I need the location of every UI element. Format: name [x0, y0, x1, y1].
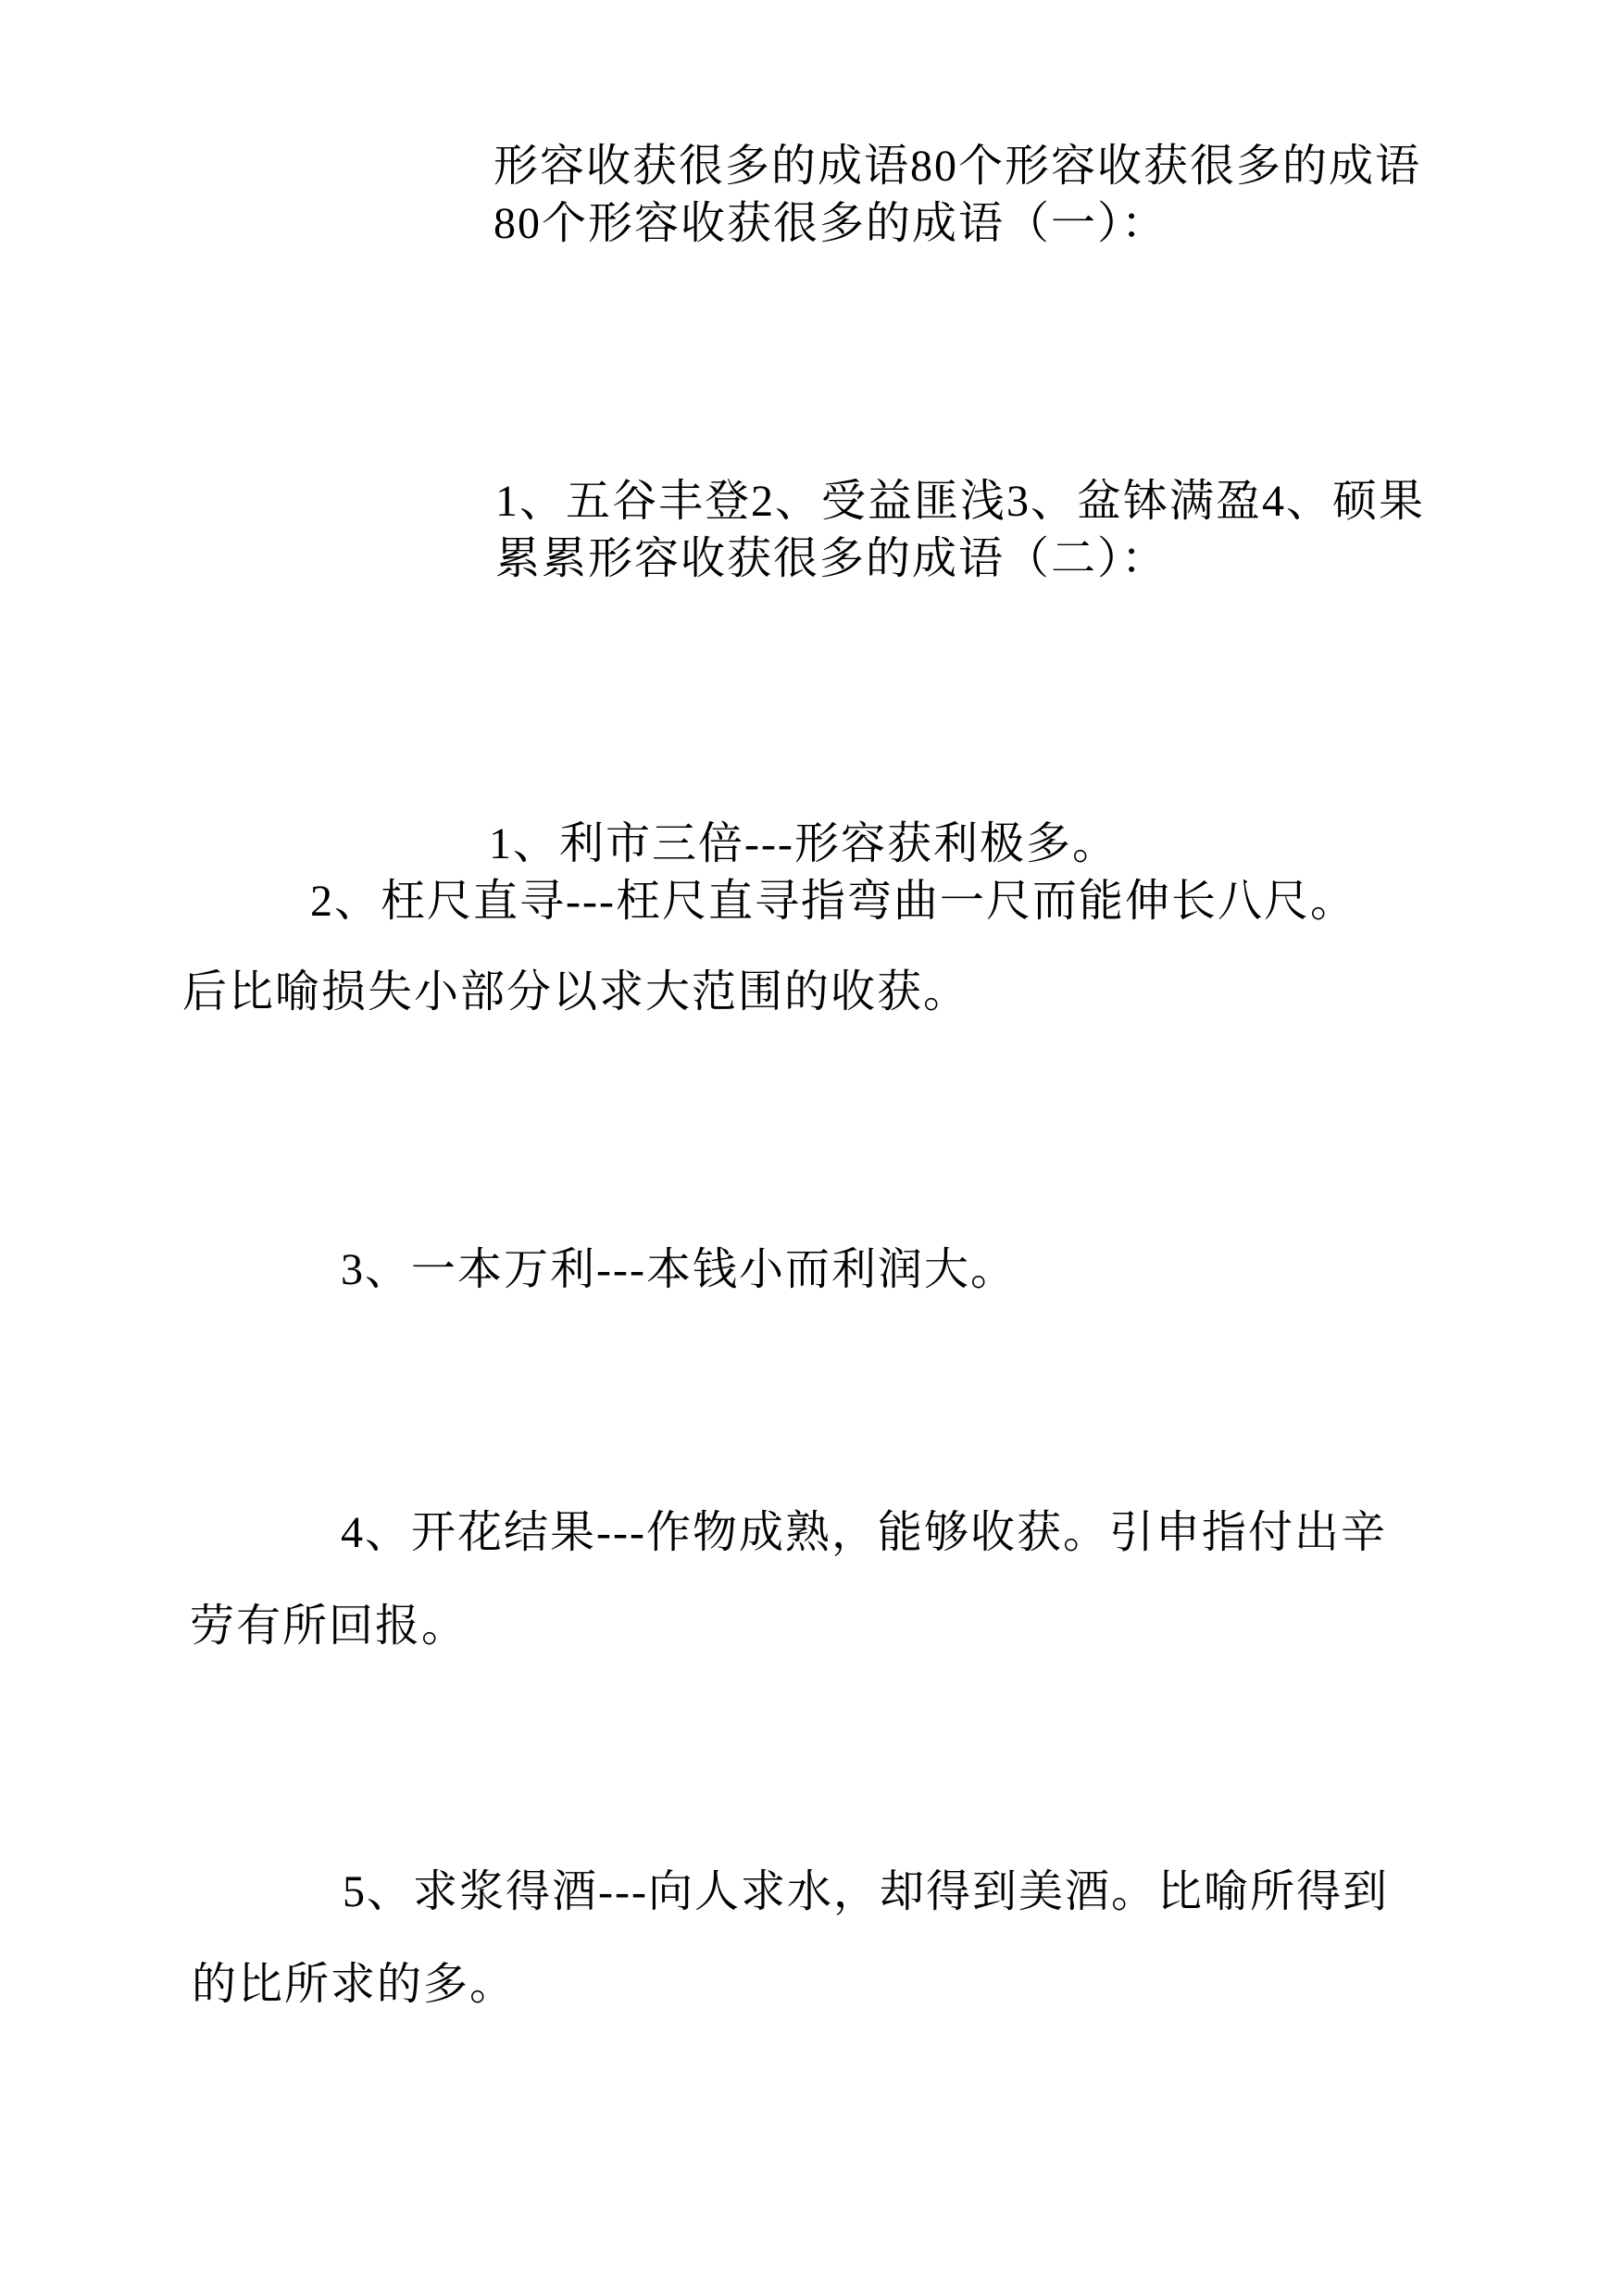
idiom-entry-5-line-2: 的比所求的多。 [192, 1961, 516, 2009]
idiom-entry-3-line-1: 3、一本万利---本钱小而利润大。 [341, 1246, 1017, 1294]
document-page: 形容收获很多的成语80个形容收获很多的成语 80个形容收获很多的成语（一）： 1… [0, 0, 1624, 2295]
idiom-entry-4-line-2: 劳有所回报。 [190, 1603, 468, 1651]
heading-line-2: 80个形容收获很多的成语（一）： [493, 200, 1168, 248]
group-one-line-2: 累累形容收获很多的成语（二）： [495, 535, 1168, 583]
idiom-entry-2-line-2: 后比喻损失小部分以求大范围的收获。 [182, 968, 969, 1017]
idiom-entry-4-line-1: 4、开花结果---作物成熟，能够收获。引申指付出辛 [341, 1509, 1387, 1557]
idiom-entry-5-line-1: 5、求浆得酒---向人求水，却得到美酒。比喻所得到 [343, 1868, 1389, 1916]
idiom-entry-1-line-1: 1、利市三倍---形容获利极多。 [489, 820, 1118, 868]
group-one-line-1: 1、五谷丰登2、受益匪浅3、盆钵满盈4、硕果 [495, 478, 1425, 526]
heading-line-1: 形容收获很多的成语80个形容收获很多的成语 [493, 143, 1421, 191]
idiom-entry-2-line-1: 2、枉尺直寻---枉尺直寻指弯曲一尺而能伸长八尺。 [310, 878, 1356, 926]
